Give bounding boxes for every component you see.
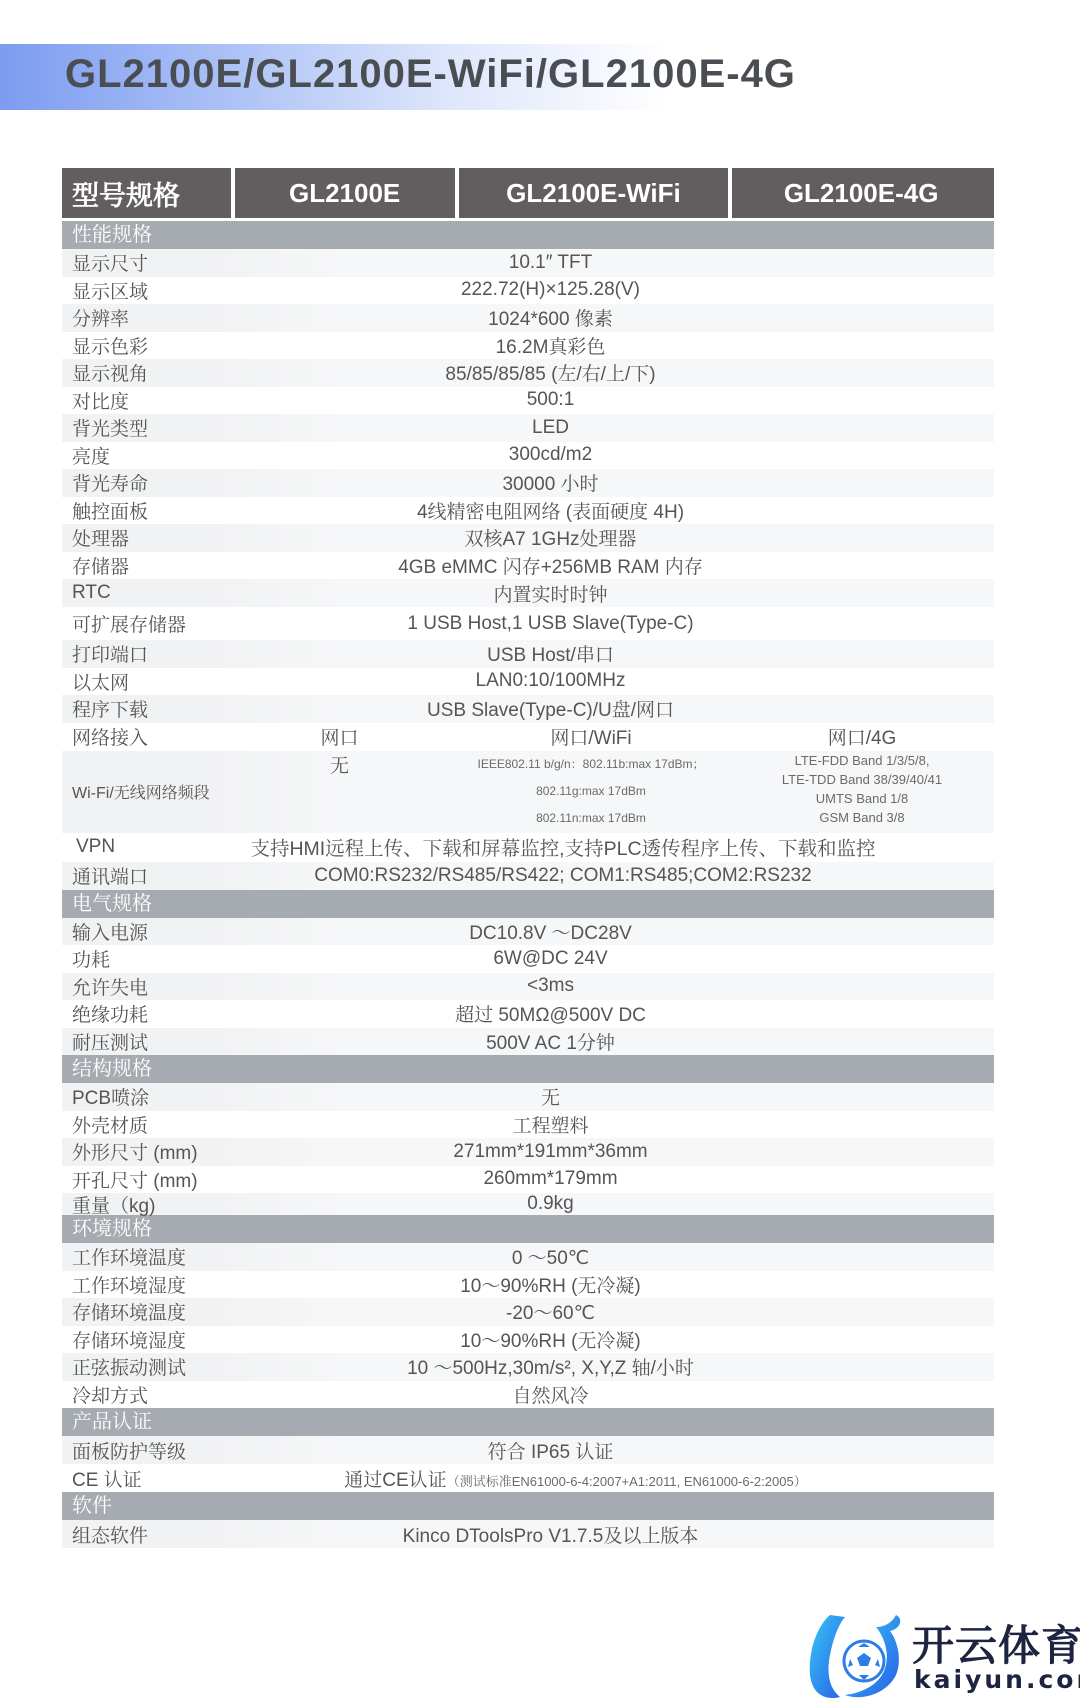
- table-row: 显示尺寸10.1″ TFT: [62, 249, 994, 277]
- row-value: 10.1″ TFT: [227, 252, 994, 274]
- ce-value: 通过CE认证: [344, 1470, 446, 1491]
- table-row: 背光寿命30000 小时: [62, 469, 994, 497]
- table-row: 耐压测试500V AC 1分钟: [62, 1028, 994, 1056]
- table-row: 冷却方式自然风冷: [62, 1381, 994, 1409]
- row-value: 自然风冷: [227, 1381, 994, 1408]
- row-label: 冷却方式: [62, 1381, 227, 1408]
- table-row: 程序下载USB Slave(Type-C)/U盘/网口: [62, 695, 994, 723]
- row-value: 10～90%RH (无冷凝): [227, 1326, 994, 1353]
- lte-line: GSM Band 3/8: [730, 808, 994, 827]
- header-model-wifi: GL2100E-WiFi: [459, 168, 729, 218]
- table-row: 分辨率1024*600 像素: [62, 304, 994, 332]
- row-value: 6W@DC 24V: [227, 948, 994, 970]
- table-row: 存储环境湿度10～90%RH (无冷凝): [62, 1326, 994, 1354]
- spec-table: 型号规格 GL2100E GL2100E-WiFi GL2100E-4G 性能规…: [62, 168, 994, 1548]
- row-value: <3ms: [227, 975, 994, 997]
- row-label: CE 认证: [62, 1465, 227, 1492]
- row-label: 分辨率: [62, 304, 227, 331]
- row-label: 以太网: [62, 668, 227, 695]
- wireless-wifi: IEEE802.11 b/g/n：802.11b:max 17dBm； 802.…: [452, 751, 730, 832]
- row-label: 显示尺寸: [62, 249, 227, 276]
- row-label: 亮度: [62, 442, 227, 469]
- row-label: 背光寿命: [62, 469, 227, 496]
- row-label: 重量（kg): [62, 1191, 227, 1218]
- row-label: 显示区域: [62, 277, 227, 304]
- table-row: 工作环境温度0 ～50℃: [62, 1243, 994, 1271]
- row-label: 允许失电: [62, 973, 227, 1000]
- table-row: 亮度300cd/m2: [62, 442, 994, 470]
- row-value: 260mm*179mm: [227, 1168, 994, 1190]
- kaiyun-logo: 开云体育 kaiyun.com: [800, 1605, 1080, 1705]
- environment-rows: 工作环境温度0 ～50℃工作环境湿度10～90%RH (无冷凝)存储环境温度-2…: [62, 1243, 994, 1408]
- structure-rows: PCB喷涂无外壳材质工程塑料外形尺寸 (mm)271mm*191mm*36mm开…: [62, 1083, 994, 1215]
- row-value: 工程塑料: [227, 1111, 994, 1138]
- table-row: 显示区域222.72(H)×125.28(V): [62, 277, 994, 305]
- wireless-4g: LTE-FDD Band 1/3/5/8, LTE-TDD Band 38/39…: [730, 751, 994, 832]
- wifi-line: IEEE802.11 b/g/n：802.11b:max 17dBm；: [452, 751, 730, 778]
- row-label: 存储器: [62, 552, 227, 579]
- row-label: 可扩展存储器: [62, 610, 227, 637]
- lte-line: LTE-FDD Band 1/3/5/8,: [730, 751, 994, 770]
- table-row: RTC内置实时时钟: [62, 579, 994, 607]
- table-row: 允许失电<3ms: [62, 973, 994, 1001]
- row-value: 通过CE认证（测试标准EN61000-6-4:2007+A1:2011, EN6…: [227, 1465, 994, 1492]
- table-header: 型号规格 GL2100E GL2100E-WiFi GL2100E-4G: [62, 168, 994, 218]
- wireless-gl2100e: 无: [227, 751, 452, 832]
- table-row: 对比度500:1: [62, 387, 994, 415]
- section-electrical: 电气规格: [62, 890, 994, 918]
- table-row: 正弦振动测试10 ～500Hz,30m/s², X,Y,Z 轴/小时: [62, 1353, 994, 1381]
- row-value: 0 ～50℃: [227, 1243, 994, 1270]
- electrical-rows: 输入电源DC10.8V ～DC28V功耗6W@DC 24V允许失电<3ms绝缘功…: [62, 918, 994, 1056]
- row-label: 背光类型: [62, 414, 227, 441]
- row-value: 无: [227, 1083, 994, 1110]
- row-value: 500V AC 1分钟: [227, 1028, 994, 1055]
- row-label: 处理器: [62, 524, 227, 551]
- row-label: 对比度: [62, 387, 227, 414]
- table-row-vpn: VPN 支持HMI远程上传、下载和屏幕监控,支持PLC透传程序上传、下载和监控: [62, 833, 994, 862]
- row-value: 内置实时时钟: [227, 580, 994, 607]
- table-row: PCB喷涂无: [62, 1083, 994, 1111]
- software-rows: 组态软件Kinco DToolsPro V1.7.5及以上版本: [62, 1520, 994, 1548]
- row-value: 300cd/m2: [227, 444, 994, 466]
- table-row: 触控面板4线精密电阻网络 (表面硬度 4H): [62, 497, 994, 525]
- row-label: 工作环境湿度: [62, 1271, 227, 1298]
- header-model-4g: GL2100E-4G: [732, 168, 994, 218]
- table-row: 外壳材质工程塑料: [62, 1111, 994, 1139]
- row-value: 支持HMI远程上传、下载和屏幕监控,支持PLC透传程序上传、下载和监控: [227, 833, 994, 861]
- row-value: LAN0:10/100MHz: [227, 670, 994, 692]
- brand-name-en: kaiyun.com: [914, 1665, 1080, 1694]
- row-value: DC10.8V ～DC28V: [227, 918, 994, 945]
- table-row-ce: CE 认证 通过CE认证（测试标准EN61000-6-4:2007+A1:201…: [62, 1464, 994, 1492]
- ce-note: （测试标准EN61000-6-4:2007+A1:2011, EN61000-6…: [447, 1474, 807, 1489]
- row-label: 正弦振动测试: [62, 1353, 227, 1380]
- table-row: 存储器4GB eMMC 闪存+256MB RAM 内存: [62, 552, 994, 580]
- row-value: 85/85/85/85 (左/右/上/下): [227, 359, 994, 386]
- row-value: -20～60℃: [227, 1298, 994, 1325]
- section-environment: 环境规格: [62, 1215, 994, 1243]
- row-label: 功耗: [62, 945, 227, 972]
- row-value: 0.9kg: [227, 1193, 994, 1215]
- row-label: 面板防护等级: [62, 1437, 227, 1464]
- row-label: 耐压测试: [62, 1028, 227, 1055]
- table-row-network: 网络接入 网口 网口/WiFi 网口/4G: [62, 723, 994, 751]
- table-row: 工作环境湿度10～90%RH (无冷凝): [62, 1271, 994, 1299]
- row-label: Wi-Fi/无线网络频段: [62, 780, 227, 803]
- row-value: 双核A7 1GHz处理器: [227, 524, 994, 551]
- table-row: 开孔尺寸 (mm)260mm*179mm: [62, 1166, 994, 1194]
- row-label: 显示视角: [62, 359, 227, 386]
- table-row: 组态软件Kinco DToolsPro V1.7.5及以上版本: [62, 1520, 994, 1548]
- network-4g: 网口/4G: [730, 723, 994, 750]
- row-value: 271mm*191mm*36mm: [227, 1141, 994, 1163]
- row-label: 外壳材质: [62, 1111, 227, 1138]
- table-row: 重量（kg)0.9kg: [62, 1193, 994, 1215]
- row-label: 外形尺寸 (mm): [62, 1138, 227, 1165]
- table-row: 可扩展存储器1 USB Host,1 USB Slave(Type-C): [62, 607, 994, 640]
- section-software: 软件: [62, 1492, 994, 1520]
- row-value: LED: [227, 417, 994, 439]
- table-row: 面板防护等级符合 IP65 认证: [62, 1436, 994, 1464]
- row-value: 10～90%RH (无冷凝): [227, 1271, 994, 1298]
- row-label: 工作环境温度: [62, 1243, 227, 1270]
- table-row-comm: 通讯端口 COM0:RS232/RS485/RS422; COM1:RS485;…: [62, 862, 994, 890]
- row-value: 超过 50MΩ@500V DC: [227, 1000, 994, 1027]
- section-certification: 产品认证: [62, 1408, 994, 1436]
- row-label: 存储环境湿度: [62, 1326, 227, 1353]
- table-row: 存储环境温度-20～60℃: [62, 1298, 994, 1326]
- certification-rows: 面板防护等级符合 IP65 认证: [62, 1436, 994, 1464]
- row-value: Kinco DToolsPro V1.7.5及以上版本: [227, 1521, 994, 1548]
- table-row: 显示视角85/85/85/85 (左/右/上/下): [62, 359, 994, 387]
- row-value: COM0:RS232/RS485/RS422; COM1:RS485;COM2:…: [227, 865, 994, 887]
- table-row: 显示色彩16.2M真彩色: [62, 332, 994, 360]
- row-value: 30000 小时: [227, 469, 994, 496]
- row-label: 触控面板: [62, 497, 227, 524]
- row-value: USB Slave(Type-C)/U盘/网口: [227, 695, 994, 722]
- wifi-line: 802.11g:max 17dBm: [452, 778, 730, 805]
- table-row: 输入电源DC10.8V ～DC28V: [62, 918, 994, 946]
- section-performance: 性能规格: [62, 221, 994, 249]
- table-row: 处理器双核A7 1GHz处理器: [62, 524, 994, 552]
- row-value: 222.72(H)×125.28(V): [227, 279, 994, 301]
- page-title: GL2100E/GL2100E-WiFi/GL2100E-4G: [65, 52, 796, 97]
- lte-line: LTE-TDD Band 38/39/40/41: [730, 770, 994, 789]
- section-structure: 结构规格: [62, 1055, 994, 1083]
- row-value: 4线精密电阻网络 (表面硬度 4H): [227, 497, 994, 524]
- table-row: 背光类型LED: [62, 414, 994, 442]
- table-row: 外形尺寸 (mm)271mm*191mm*36mm: [62, 1138, 994, 1166]
- row-label: 存储环境温度: [62, 1298, 227, 1325]
- header-spec-label: 型号规格: [62, 168, 231, 218]
- network-gl2100e: 网口: [227, 723, 452, 750]
- row-value: USB Host/串口: [227, 640, 994, 667]
- table-row: 绝缘功耗超过 50MΩ@500V DC: [62, 1000, 994, 1028]
- header-model-gl2100e: GL2100E: [235, 168, 455, 218]
- row-label: 开孔尺寸 (mm): [62, 1166, 227, 1193]
- row-label: 通讯端口: [62, 862, 227, 889]
- row-value: 10 ～500Hz,30m/s², X,Y,Z 轴/小时: [227, 1353, 994, 1380]
- row-value: 1 USB Host,1 USB Slave(Type-C): [227, 613, 994, 635]
- brand-name-cn: 开云体育: [912, 1613, 1080, 1673]
- row-label: RTC: [62, 582, 227, 604]
- row-label: VPN: [62, 836, 227, 858]
- row-value: 500:1: [227, 389, 994, 411]
- table-row-wireless: Wi-Fi/无线网络频段 无 IEEE802.11 b/g/n：802.11b:…: [62, 751, 994, 833]
- table-row: 以太网LAN0:10/100MHz: [62, 668, 994, 696]
- performance-rows: 显示尺寸10.1″ TFT显示区域222.72(H)×125.28(V)分辨率1…: [62, 249, 994, 723]
- wifi-line: 802.11n:max 17dBm: [452, 805, 730, 832]
- k-soccer-icon: [800, 1605, 910, 1705]
- row-label: PCB喷涂: [62, 1083, 227, 1110]
- row-value: 16.2M真彩色: [227, 332, 994, 359]
- table-row: 功耗6W@DC 24V: [62, 945, 994, 973]
- row-label: 打印端口: [62, 640, 227, 667]
- row-label: 组态软件: [62, 1521, 227, 1548]
- table-row: 打印端口USB Host/串口: [62, 640, 994, 668]
- row-value: 4GB eMMC 闪存+256MB RAM 内存: [227, 552, 994, 579]
- row-value: 符合 IP65 认证: [227, 1437, 994, 1464]
- row-label: 网络接入: [62, 723, 227, 750]
- network-wifi: 网口/WiFi: [452, 723, 730, 750]
- row-label: 绝缘功耗: [62, 1000, 227, 1027]
- row-label: 程序下载: [62, 695, 227, 722]
- row-label: 显示色彩: [62, 332, 227, 359]
- row-value: 1024*600 像素: [227, 304, 994, 331]
- lte-line: UMTS Band 1/8: [730, 789, 994, 808]
- row-label: 输入电源: [62, 918, 227, 945]
